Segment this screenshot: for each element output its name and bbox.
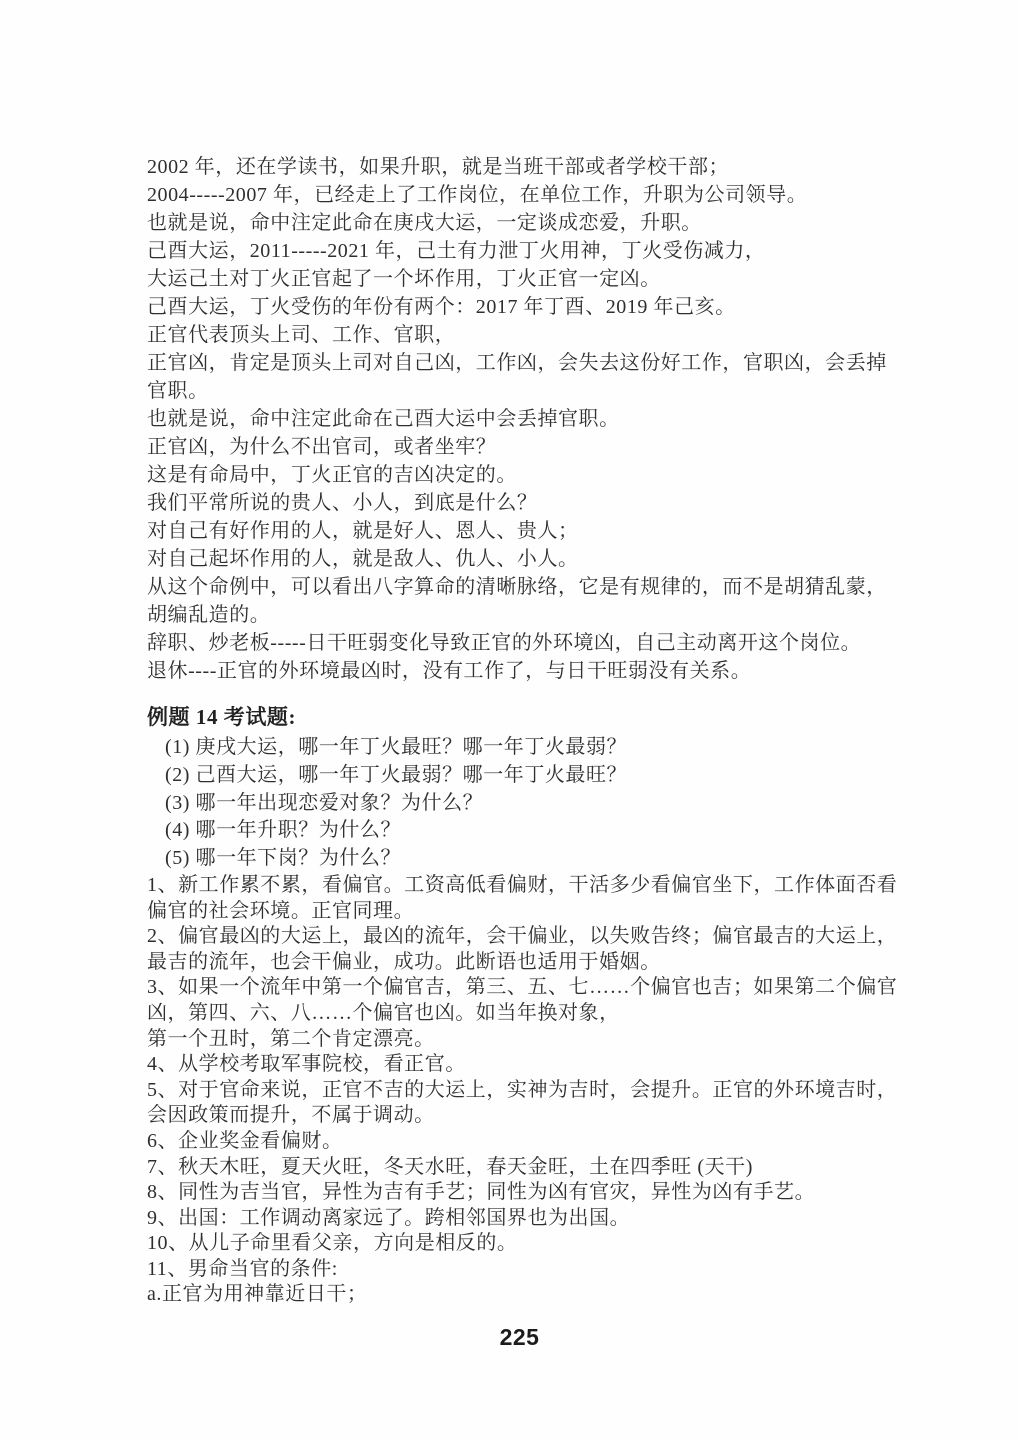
exam-questions: (1) 庚戌大运，哪一年丁火最旺？哪一年丁火最弱？(2) 己酉大运，哪一年丁火最…	[147, 734, 892, 873]
note-line: 5、对于官命来说，正官不吉的大运上，实神为吉时，会提升。正官的外环境吉时，	[147, 1078, 892, 1104]
text-line: 官职。	[147, 377, 892, 405]
text-line: 己酉大运，2011-----2021 年，己土有力泄丁火用神，丁火受伤减力，	[147, 237, 892, 265]
note-line: 会因政策而提升，不属于调动。	[147, 1103, 892, 1129]
exam-question-line: (5) 哪一年下岗？为什么？	[147, 845, 892, 873]
note-line: a.正官为用神靠近日干；	[147, 1282, 892, 1308]
document-page: 2002 年，还在学读书，如果升职，就是当班干部或者学校干部；2004-----…	[0, 0, 1018, 1440]
text-line: 也就是说，命中注定此命在庚戌大运，一定谈成恋爱，升职。	[147, 209, 892, 237]
note-line: 4、从学校考取军事院校，看正官。	[147, 1052, 892, 1078]
note-line: 1、新工作累不累，看偏官。工资高低看偏财，干活多少看偏官坐下，工作体面否看	[147, 873, 892, 899]
page-footer: 225	[147, 1322, 892, 1352]
note-line: 9、出国：工作调动离家远了。跨相邻国界也为出国。	[147, 1206, 892, 1232]
exam-question-line: (2) 己酉大运，哪一年丁火最弱？哪一年丁火最旺？	[147, 762, 892, 790]
text-line: 对自己有好作用的人，就是好人、恩人、贵人；	[147, 517, 892, 545]
exam-question-line: (1) 庚戌大运，哪一年丁火最旺？哪一年丁火最弱？	[147, 734, 892, 762]
exam-question-line: (4) 哪一年升职？为什么？	[147, 817, 892, 845]
text-line: 正官凶，肯定是顶头上司对自己凶，工作凶，会失去这份好工作，官职凶，会丢掉	[147, 349, 892, 377]
text-line: 这是有命局中，丁火正官的吉凶决定的。	[147, 461, 892, 489]
text-line: 从这个命例中，可以看出八字算命的清晰脉络，它是有规律的，而不是胡猜乱蒙，	[147, 573, 892, 601]
note-line: 8、同性为吉当官，异性为吉有手艺；同性为凶有官灾，异性为凶有手艺。	[147, 1180, 892, 1206]
note-line: 11、男命当官的条件:	[147, 1257, 892, 1283]
note-line: 偏官的社会环境。正官同理。	[147, 899, 892, 925]
note-line: 3、如果一个流年中第一个偏官吉，第三、五、七……个偏官也吉；如果第二个偏官	[147, 975, 892, 1001]
page-number: 225	[500, 1322, 540, 1352]
analysis-paragraphs: 2002 年，还在学读书，如果升职，就是当班干部或者学校干部；2004-----…	[147, 153, 892, 685]
text-line: 退休----正官的外环境最凶时，没有工作了，与日干旺弱没有关系。	[147, 657, 892, 685]
text-line: 大运己土对丁火正官起了一个坏作用，丁火正官一定凶。	[147, 265, 892, 293]
note-line: 6、企业奖金看偏财。	[147, 1129, 892, 1155]
note-line: 凶，第四、六、八……个偏官也凶。如当年换对象，	[147, 1001, 892, 1027]
text-line: 对自己起坏作用的人，就是敌人、仇人、小人。	[147, 545, 892, 573]
note-line: 2、偏官最凶的大运上，最凶的流年，会干偏业，以失败告终；偏官最吉的大运上，	[147, 924, 892, 950]
text-line: 也就是说，命中注定此命在己酉大运中会丢掉官职。	[147, 405, 892, 433]
text-line: 正官代表顶头上司、工作、官职，	[147, 321, 892, 349]
text-line: 2004-----2007 年，已经走上了工作岗位，在单位工作，升职为公司领导。	[147, 181, 892, 209]
text-line: 2002 年，还在学读书，如果升职，就是当班干部或者学校干部；	[147, 153, 892, 181]
notes-list: 1、新工作累不累，看偏官。工资高低看偏财，干活多少看偏官坐下，工作体面否看偏官的…	[147, 873, 892, 1308]
note-line: 最吉的流年，也会干偏业，成功。此断语也适用于婚姻。	[147, 950, 892, 976]
text-line: 我们平常所说的贵人、小人，到底是什么？	[147, 489, 892, 517]
note-line: 10、从儿子命里看父亲，方向是相反的。	[147, 1231, 892, 1257]
text-line: 己酉大运，丁火受伤的年份有两个：2017 年丁酉、2019 年己亥。	[147, 293, 892, 321]
note-line: 第一个丑时，第二个肯定漂亮。	[147, 1027, 892, 1053]
note-line: 7、秋天木旺，夏天火旺，冬天水旺，春天金旺，土在四季旺 (天干)	[147, 1155, 892, 1181]
exam-question-line: (3) 哪一年出现恋爱对象？为什么？	[147, 790, 892, 818]
text-line: 辞职、炒老板-----日干旺弱变化导致正官的外环境凶，自己主动离开这个岗位。	[147, 629, 892, 657]
text-line: 正官凶，为什么不出官司，或者坐牢？	[147, 433, 892, 461]
exam-heading: 例题 14 考试题:	[147, 703, 892, 731]
text-line: 胡编乱造的。	[147, 601, 892, 629]
